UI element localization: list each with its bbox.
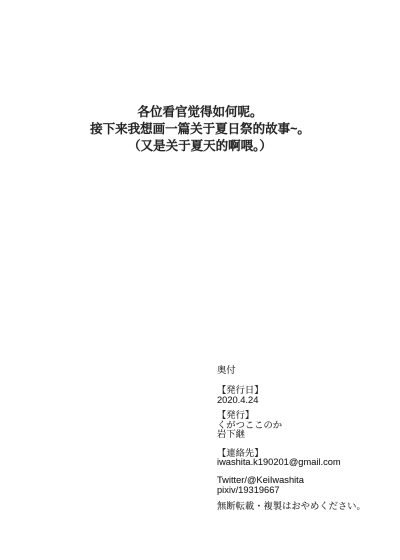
- copyright-notice: 無断転載・複製はおやめください。: [217, 502, 366, 512]
- colophon-title: 奥付: [217, 366, 366, 376]
- colophon-block: 奥付 【発行日】 2020.4.24 【発行】 くがつここのか 岩下継 【連絡先…: [217, 366, 366, 512]
- pixiv-id: pixiv/19319667: [217, 486, 366, 496]
- author-message: 各位看官觉得如何呢。 接下来我想画一篇关于夏日祭的故事~。 （又是关于夏天的啊喂…: [0, 104, 400, 155]
- doujinshi-colophon-page: 各位看官觉得如何呢。 接下来我想画一篇关于夏日祭的故事~。 （又是关于夏天的啊喂…: [0, 0, 400, 560]
- author-message-line-1: 各位看官觉得如何呢。: [0, 104, 400, 121]
- publish-date: 2020.4.24: [217, 396, 366, 406]
- author-name: 岩下継: [217, 430, 366, 440]
- contact-email: iwashita.k190201@gmail.com: [217, 458, 366, 468]
- author-message-line-3: （又是关于夏天的啊喂。）: [0, 138, 400, 155]
- author-message-line-2: 接下来我想画一篇关于夏日祭的故事~。: [0, 121, 400, 138]
